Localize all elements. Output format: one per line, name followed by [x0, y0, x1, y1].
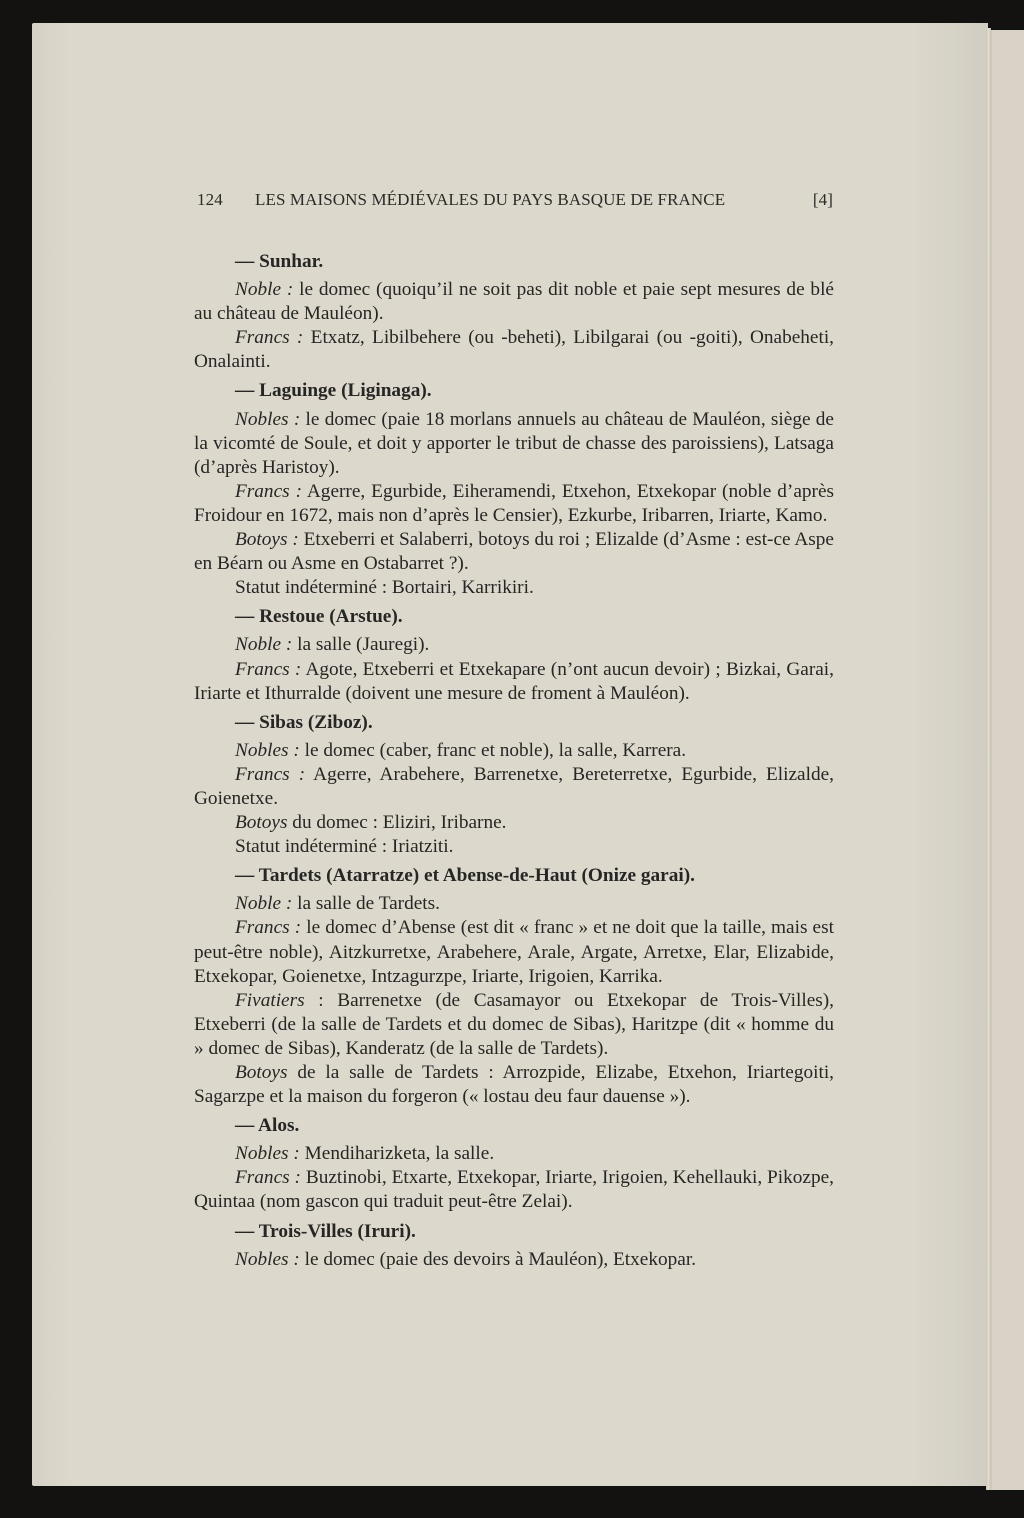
body-text: — Sunhar. Noble : le domec (quoiqu’il ne… [194, 250, 834, 1272]
entry-label: Fivatiers [235, 990, 305, 1011]
running-header: 124 LES MAISONS MÉDIÉVALES DU PAYS BASQU… [197, 190, 833, 210]
entry-label: Botoys [235, 1062, 287, 1083]
entry: Botoys du domec : Eliziri, Iribarne. [194, 811, 834, 835]
page-number: 124 [197, 190, 231, 210]
section-heading: — Sunhar. [194, 250, 834, 274]
entry-text: le domec (caber, franc et noble), la sal… [300, 740, 686, 761]
entry-text: Statut indéterminé : Iriatziti. [235, 836, 453, 857]
section-heading: — Sibas (Ziboz). [194, 711, 834, 735]
running-title: LES MAISONS MÉDIÉVALES DU PAYS BASQUE DE… [231, 190, 813, 210]
entry-label: Noble : [235, 634, 292, 655]
entry-label: Francs : [235, 659, 301, 680]
entry-label: Noble : [235, 893, 292, 914]
entry-label: Nobles : [235, 1143, 300, 1164]
section-heading: — Trois-Villes (Iruri). [194, 1220, 834, 1244]
entry: Nobles : Mendiharizketa, la salle. [194, 1142, 834, 1166]
section-heading: — Alos. [194, 1114, 834, 1138]
entry-label: Francs : [235, 327, 303, 348]
entry: Noble : la salle (Jauregi). [194, 633, 834, 657]
entry: Francs : Etxatz, Libilbehere (ou -beheti… [194, 326, 834, 374]
entry-text: Statut indéterminé : Bortairi, Karrikiri… [235, 577, 534, 598]
entry-text: du domec : Eliziri, Iribarne. [287, 812, 506, 833]
entry-label: Nobles : [235, 409, 300, 430]
entry: Francs : Agote, Etxeberri et Etxekapare … [194, 658, 834, 706]
entry-label: Francs : [235, 764, 305, 785]
entry-text: de la salle de Tardets : Arrozpide, Eliz… [194, 1062, 834, 1107]
entry-text: Mendiharizketa, la salle. [300, 1143, 494, 1164]
section-heading: — Tardets (Atarratze) et Abense-de-Haut … [194, 864, 834, 888]
section-marker: [4] [813, 190, 833, 210]
entry-label: Nobles : [235, 1249, 300, 1270]
entry: Noble : la salle de Tardets. [194, 892, 834, 916]
entry-label: Nobles : [235, 740, 300, 761]
entry: Nobles : le domec (paie des devoirs à Ma… [194, 1248, 834, 1272]
entry: Francs : Buztinobi, Etxarte, Etxekopar, … [194, 1166, 834, 1214]
entry: Francs : Agerre, Arabehere, Barrenetxe, … [194, 763, 834, 811]
entry-text: le domec (paie des devoirs à Mauléon), E… [300, 1249, 696, 1270]
entry: Nobles : le domec (caber, franc et noble… [194, 739, 834, 763]
entry: Statut indéterminé : Bortairi, Karrikiri… [194, 576, 834, 600]
entry: Francs : le domec d’Abense (est dit « fr… [194, 916, 834, 988]
entry-label: Botoys [235, 812, 287, 833]
entry-label: Francs : [235, 481, 302, 502]
entry-label: Francs : [235, 917, 301, 938]
entry: Botoys de la salle de Tardets : Arrozpid… [194, 1061, 834, 1109]
entry: Statut indéterminé : Iriatziti. [194, 835, 834, 859]
entry: Botoys : Etxeberri et Salaberri, botoys … [194, 528, 834, 576]
entry-label: Francs : [235, 1167, 301, 1188]
adjacent-page-edge [990, 30, 1024, 1490]
section-heading: — Restoue (Arstue). [194, 605, 834, 629]
section-heading: — Laguinge (Liginaga). [194, 379, 834, 403]
entry-label: Botoys : [235, 529, 299, 550]
entry-text: la salle de Tardets. [292, 893, 440, 914]
entry-label: Noble : [235, 279, 293, 300]
entry: Nobles : le domec (paie 18 morlans annue… [194, 408, 834, 480]
entry: Fivatiers : Barrenetxe (de Casamayor ou … [194, 989, 834, 1061]
entry-text: la salle (Jauregi). [292, 634, 429, 655]
entry: Francs : Agerre, Egurbide, Eiheramendi, … [194, 480, 834, 528]
entry: Noble : le domec (quoiqu’il ne soit pas … [194, 278, 834, 326]
